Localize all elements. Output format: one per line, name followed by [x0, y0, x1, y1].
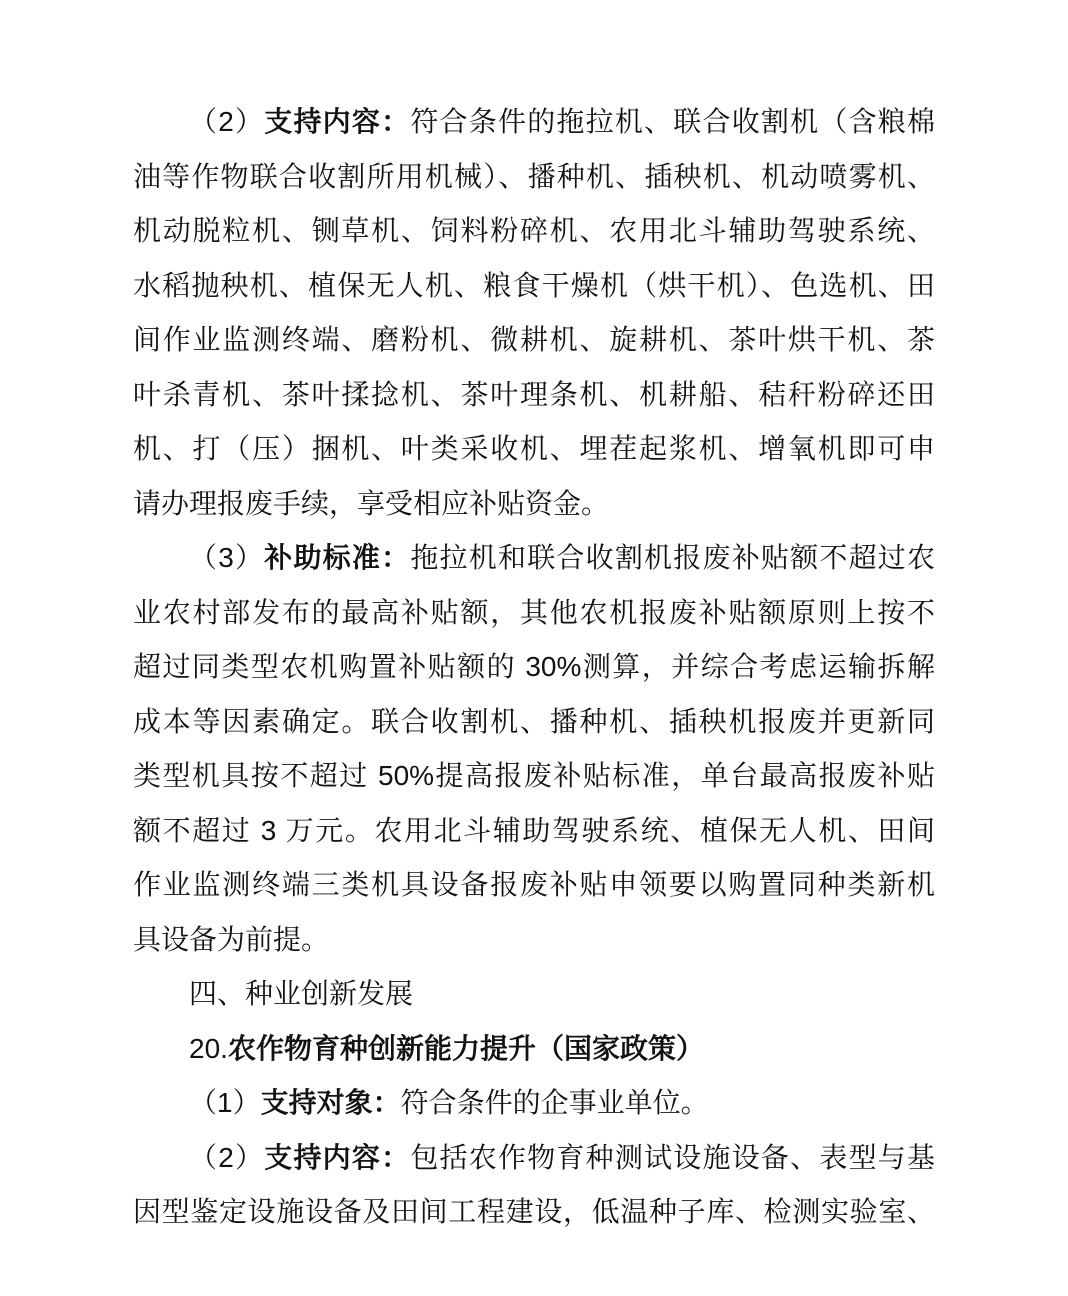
text-run: 类型机具按不超过 50%提高报废补贴标准，单台最高报废补贴	[133, 760, 935, 791]
document-page: （2）支持内容：符合条件的拖拉机、联合收割机（含粮棉油等作物联合收割所用机械）、…	[133, 95, 935, 1240]
text-run: 水稻抛秧机、植保无人机、粮食干燥机（烘干机）、色选机、田	[133, 270, 935, 301]
text-run: 油等作物联合收割所用机械）、播种机、插秧机、机动喷雾机、	[133, 161, 935, 192]
text-line: （1）支持对象：符合条件的企事业单位。	[133, 1076, 935, 1131]
text-run: 成本等因素确定。联合收割机、播种机、插秧机报废并更新同	[133, 706, 935, 737]
text-line: 超过同类型农机购置补贴额的 30%测算，并综合考虑运输拆解	[133, 640, 935, 695]
text-line: （2）支持内容：符合条件的拖拉机、联合收割机（含粮棉	[133, 95, 935, 150]
text-line: （3）补助标准：拖拉机和联合收割机报废补贴额不超过农	[133, 531, 935, 586]
text-line: 机、打（压）捆机、叶类采收机、埋茬起浆机、增氧机即可申	[133, 422, 935, 477]
text-run: 机、打（压）捆机、叶类采收机、埋茬起浆机、增氧机即可申	[133, 433, 935, 464]
text-run: 超过同类型农机购置补贴额的 30%测算，并综合考虑运输拆解	[133, 651, 935, 682]
text-line: 成本等因素确定。联合收割机、播种机、插秧机报废并更新同	[133, 695, 935, 750]
text-line: 具设备为前提。	[133, 913, 935, 968]
text-line: 业农村部发布的最高补贴额，其他农机报废补贴额原则上按不	[133, 586, 935, 641]
text-run: 拖拉机和联合收割机报废补贴额不超过农	[410, 542, 935, 573]
bold-run: 补助标准：	[264, 542, 410, 573]
text-run: 机动脱粒机、铡草机、饲料粉碎机、农用北斗辅助驾驶系统、	[133, 215, 935, 246]
text-run: 具设备为前提。	[133, 924, 329, 955]
text-run: 请办理报废手续，享受相应补贴资金。	[133, 488, 609, 519]
text-run: 业农村部发布的最高补贴额，其他农机报废补贴额原则上按不	[133, 597, 935, 628]
text-line: 请办理报废手续，享受相应补贴资金。	[133, 477, 935, 532]
text-line: 类型机具按不超过 50%提高报废补贴标准，单台最高报废补贴	[133, 749, 935, 804]
text-run: （1）	[189, 1087, 261, 1118]
text-run: 叶杀青机、茶叶揉捻机、茶叶理条机、机耕船、秸秆粉碎还田	[133, 379, 935, 410]
text-run: 额不超过 3 万元。农用北斗辅助驾驶系统、植保无人机、田间	[133, 815, 935, 846]
text-line: 间作业监测终端、磨粉机、微耕机、旋耕机、茶叶烘干机、茶	[133, 313, 935, 368]
bold-run: 支持内容：	[264, 1142, 410, 1173]
text-run: 20.	[189, 1033, 228, 1064]
text-line: 四、种业创新发展	[133, 967, 935, 1022]
text-run: 间作业监测终端、磨粉机、微耕机、旋耕机、茶叶烘干机、茶	[133, 324, 935, 355]
bold-run: 支持内容：	[264, 106, 410, 137]
text-run: 作业监测终端三类机具设备报废补贴申领要以购置同种类新机	[133, 869, 935, 900]
page-background: { "page": { "background_color": "#ffffff…	[0, 0, 1068, 1296]
text-line: 机动脱粒机、铡草机、饲料粉碎机、农用北斗辅助驾驶系统、	[133, 204, 935, 259]
text-run: （3）	[189, 542, 264, 573]
text-line: 因型鉴定设施设备及田间工程建设，低温种子库、检测实验室、	[133, 1185, 935, 1240]
text-line: （2）支持内容：包括农作物育种测试设施设备、表型与基	[133, 1131, 935, 1186]
text-line: 作业监测终端三类机具设备报废补贴申领要以购置同种类新机	[133, 858, 935, 913]
text-line: 额不超过 3 万元。农用北斗辅助驾驶系统、植保无人机、田间	[133, 804, 935, 859]
text-run: 包括农作物育种测试设施设备、表型与基	[410, 1142, 935, 1173]
text-line: 水稻抛秧机、植保无人机、粮食干燥机（烘干机）、色选机、田	[133, 259, 935, 314]
text-line: 20.农作物育种创新能力提升（国家政策）	[133, 1022, 935, 1077]
text-run: 符合条件的拖拉机、联合收割机（含粮棉	[410, 106, 935, 137]
text-run: 因型鉴定设施设备及田间工程建设，低温种子库、检测实验室、	[133, 1196, 935, 1227]
text-line: 叶杀青机、茶叶揉捻机、茶叶理条机、机耕船、秸秆粉碎还田	[133, 368, 935, 423]
text-run: 符合条件的企事业单位。	[401, 1087, 709, 1118]
bold-run: 农作物育种创新能力提升（国家政策）	[228, 1033, 704, 1064]
text-run: （2）	[189, 1142, 264, 1173]
text-run: （2）	[189, 106, 264, 137]
text-line: 油等作物联合收割所用机械）、播种机、插秧机、机动喷雾机、	[133, 150, 935, 205]
text-run: 四、种业创新发展	[189, 978, 413, 1009]
bold-run: 支持对象：	[261, 1087, 401, 1118]
